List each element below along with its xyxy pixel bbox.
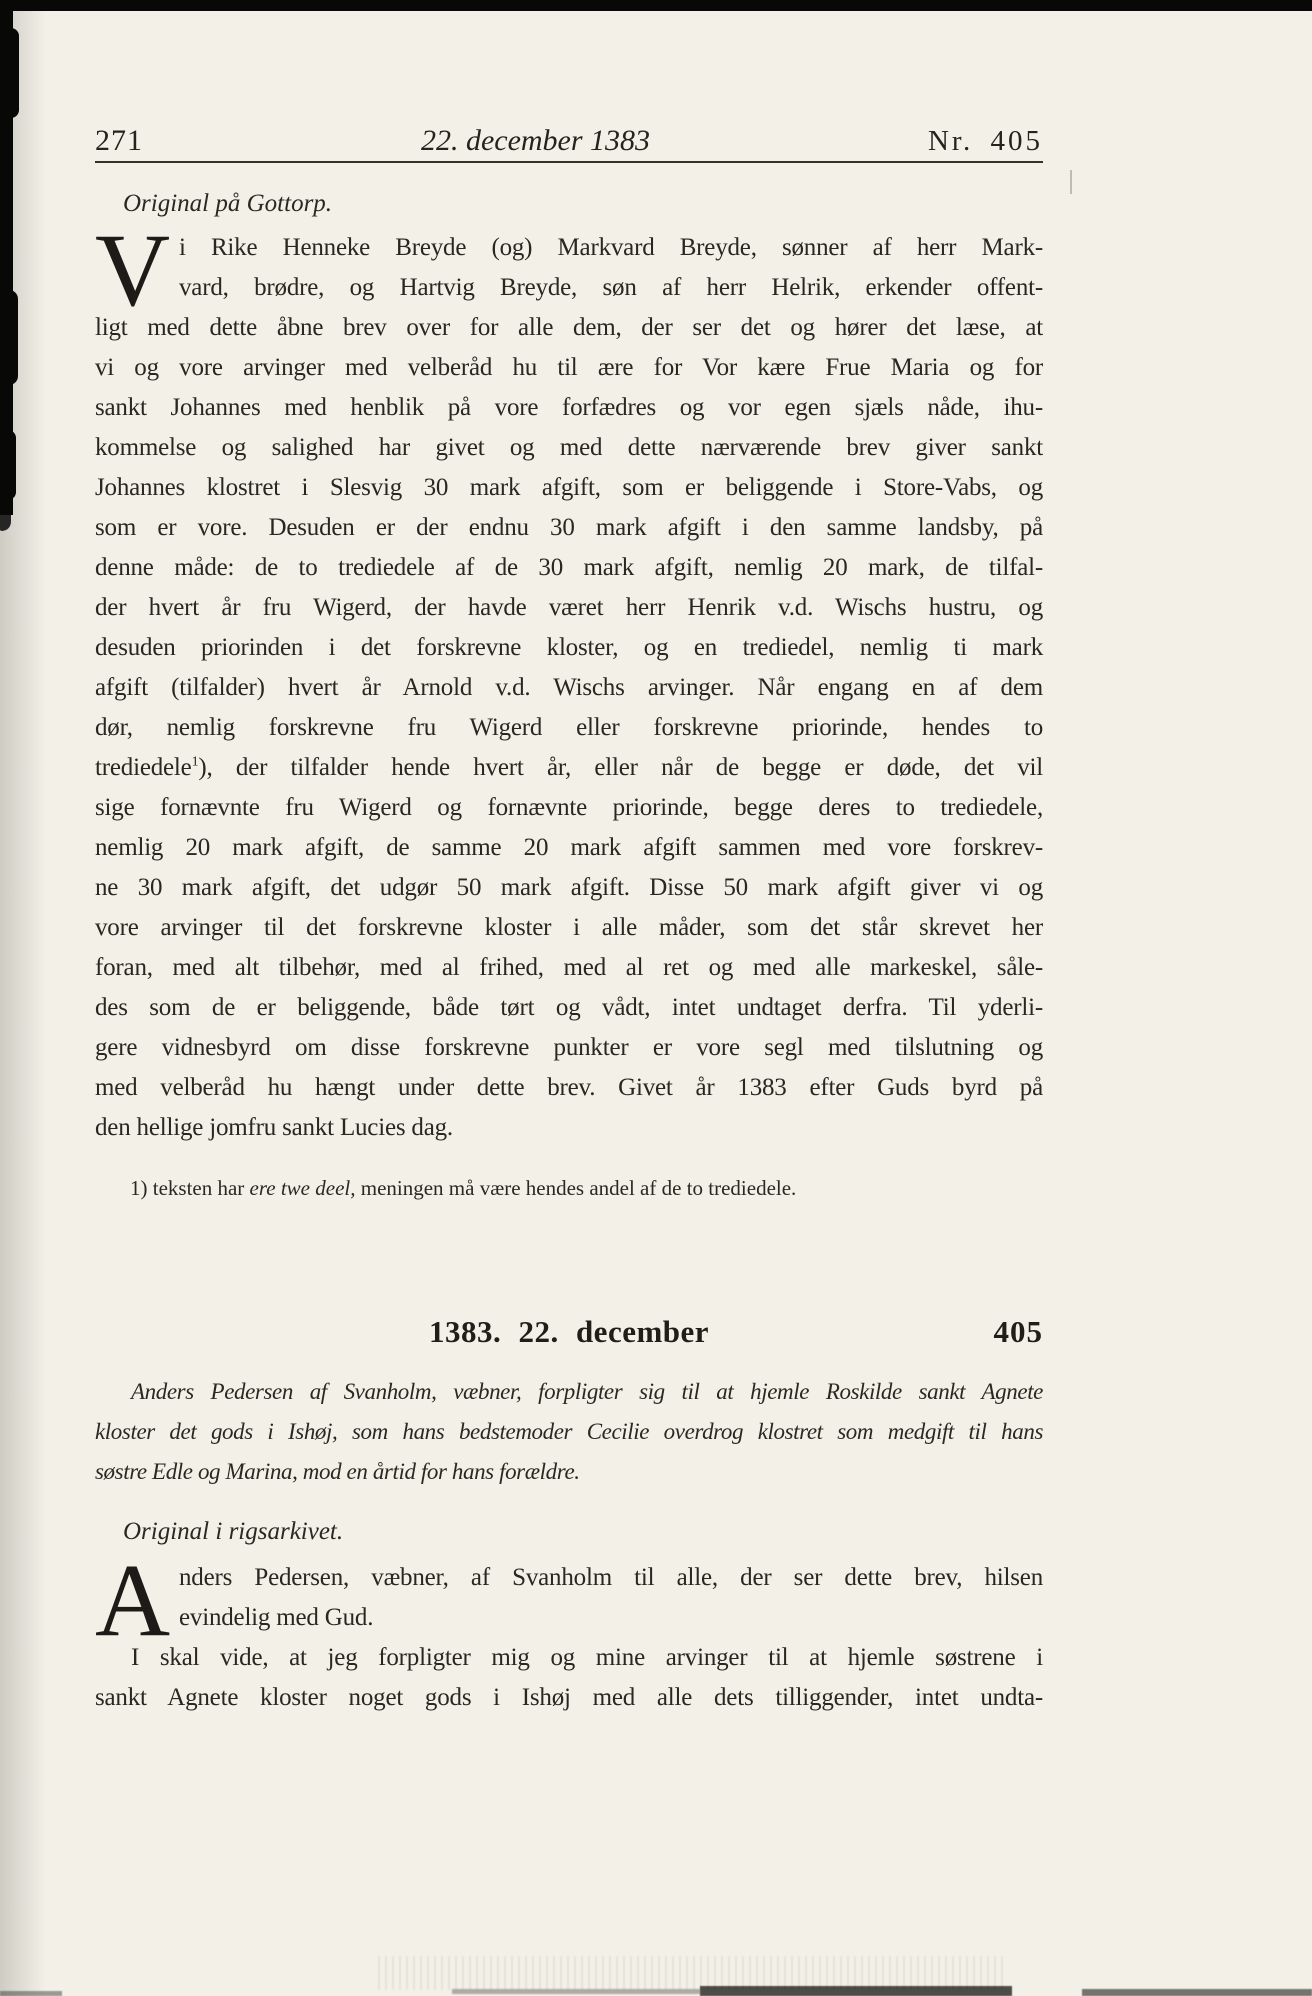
text-line: sankt Agnete kloster noget gods i Ishøj … xyxy=(95,1678,1043,1718)
text-line: nders Pedersen, væbner, af Svanholm til … xyxy=(179,1558,1043,1598)
running-head: 271 22. december 1383 Nr. 405 xyxy=(95,124,1043,158)
scan-edge-top xyxy=(0,0,1312,11)
text-line: der hvert år fru Wigerd, der havde været… xyxy=(95,588,1043,628)
scan-smudge-bottom xyxy=(452,1989,700,1994)
scan-smudge-bottom xyxy=(0,1991,62,1996)
footnote-text: 1) teksten har xyxy=(130,1176,250,1200)
text-line: nemlig 20 mark afgift, de samme 20 mark … xyxy=(95,828,1043,868)
text-line: des som de er beliggende, både tørt og v… xyxy=(95,988,1043,1028)
scan-smudge-bottom xyxy=(700,1986,1012,1996)
text-line: vi og vore arvinger med velberåd hu til … xyxy=(95,348,1043,388)
text-line: kommelse og salighed har givet og med de… xyxy=(95,428,1043,468)
text-line: i Rike Henneke Breyde (og) Markvard Brey… xyxy=(179,228,1043,268)
text-line: dør, nemlig forskrevne fru Wigerd eller … xyxy=(95,708,1043,748)
text-line: desuden priorinden i det forskrevne klos… xyxy=(95,628,1043,668)
text-line: I skal vide, at jeg forpligter mig og mi… xyxy=(95,1638,1043,1678)
text-line: ne 30 mark afgift, det udgør 50 mark afg… xyxy=(95,868,1043,908)
footnote: 1) teksten har ere twe deel, meningen må… xyxy=(130,1176,1030,1201)
text-line-part: ), der tilfalder hende hvert år, eller n… xyxy=(198,754,1043,781)
text-line: som er vore. Desuden er der endnu 30 mar… xyxy=(95,508,1043,548)
source-note-rigsarkivet: Original i rigsarkivet. xyxy=(123,1518,343,1546)
letter-405-body: A nders Pedersen, væbner, af Svanholm ti… xyxy=(95,1558,1043,1718)
text-line: vard, brødre, og Hartvig Breyde, søn af … xyxy=(179,268,1043,308)
text-line: Johannes klostret i Slesvig 30 mark afgi… xyxy=(95,468,1043,508)
regest-line: Anders Pedersen af Svanholm, væbner, for… xyxy=(95,1372,1043,1412)
text-line: sige fornævnte fru Wigerd og fornævnte p… xyxy=(95,788,1043,828)
scan-mark-right xyxy=(1070,170,1072,194)
letter-404-body: V i Rike Henneke Breyde (og) Markvard Br… xyxy=(95,228,1043,1148)
text-line: afgift (tilfalder) hvert år Arnold v.d. … xyxy=(95,668,1043,708)
text-line: den hellige jomfru sankt Lucies dag. xyxy=(95,1108,1043,1148)
running-head-date: 22. december 1383 xyxy=(421,124,650,158)
regest-line: kloster det gods i Ishøj, som hans bedst… xyxy=(95,1412,1043,1452)
header-rule xyxy=(95,161,1043,163)
running-head-entry-number: Nr. 405 xyxy=(928,125,1043,158)
text-line-with-footnote-ref: trediedele1), der tilfalder hende hvert … xyxy=(95,748,1043,788)
scan-edge-left-blob xyxy=(0,430,16,500)
regest: Anders Pedersen af Svanholm, væbner, for… xyxy=(95,1372,1043,1492)
entry-heading-date: 1383. 22. december xyxy=(95,1314,1043,1350)
regest-line: søstre Edle og Marina, mod en årtid for … xyxy=(95,1452,1043,1492)
text-line: evindelig med Gud. xyxy=(179,1598,1043,1638)
dropcap-a: A xyxy=(95,1560,170,1642)
scan-edge-left-blob xyxy=(0,290,18,385)
entry-heading-number: 405 xyxy=(994,1314,1044,1350)
text-line-part: trediedele xyxy=(95,754,192,781)
scan-smudge-bottom xyxy=(1082,1989,1312,1996)
text-line: med velberåd hu hængt under dette brev. … xyxy=(95,1068,1043,1108)
text-line: foran, med alt tilbehør, med al frihed, … xyxy=(95,948,1043,988)
footnote-text: meningen må være hendes andel af de to t… xyxy=(355,1176,796,1200)
text-line: gere vidnesbyrd om disse forskrevne punk… xyxy=(95,1028,1043,1068)
scan-bleed-bottom xyxy=(378,1956,1003,1990)
text-line: denne måde: de to trediedele af de 30 ma… xyxy=(95,548,1043,588)
text-line: sankt Johannes med henblik på vore forfæ… xyxy=(95,388,1043,428)
footnote-italic-quote: ere twe deel, xyxy=(250,1176,356,1200)
scan-edge-left-blob xyxy=(0,28,19,118)
text-line: vore arvinger til det forskrevne kloster… xyxy=(95,908,1043,948)
page-number: 271 xyxy=(95,124,143,158)
entry-405-heading: 1383. 22. december 405 xyxy=(95,1314,1043,1358)
text-line: ligt med dette åbne brev over for alle d… xyxy=(95,308,1043,348)
dropcap-v: V xyxy=(95,230,170,312)
